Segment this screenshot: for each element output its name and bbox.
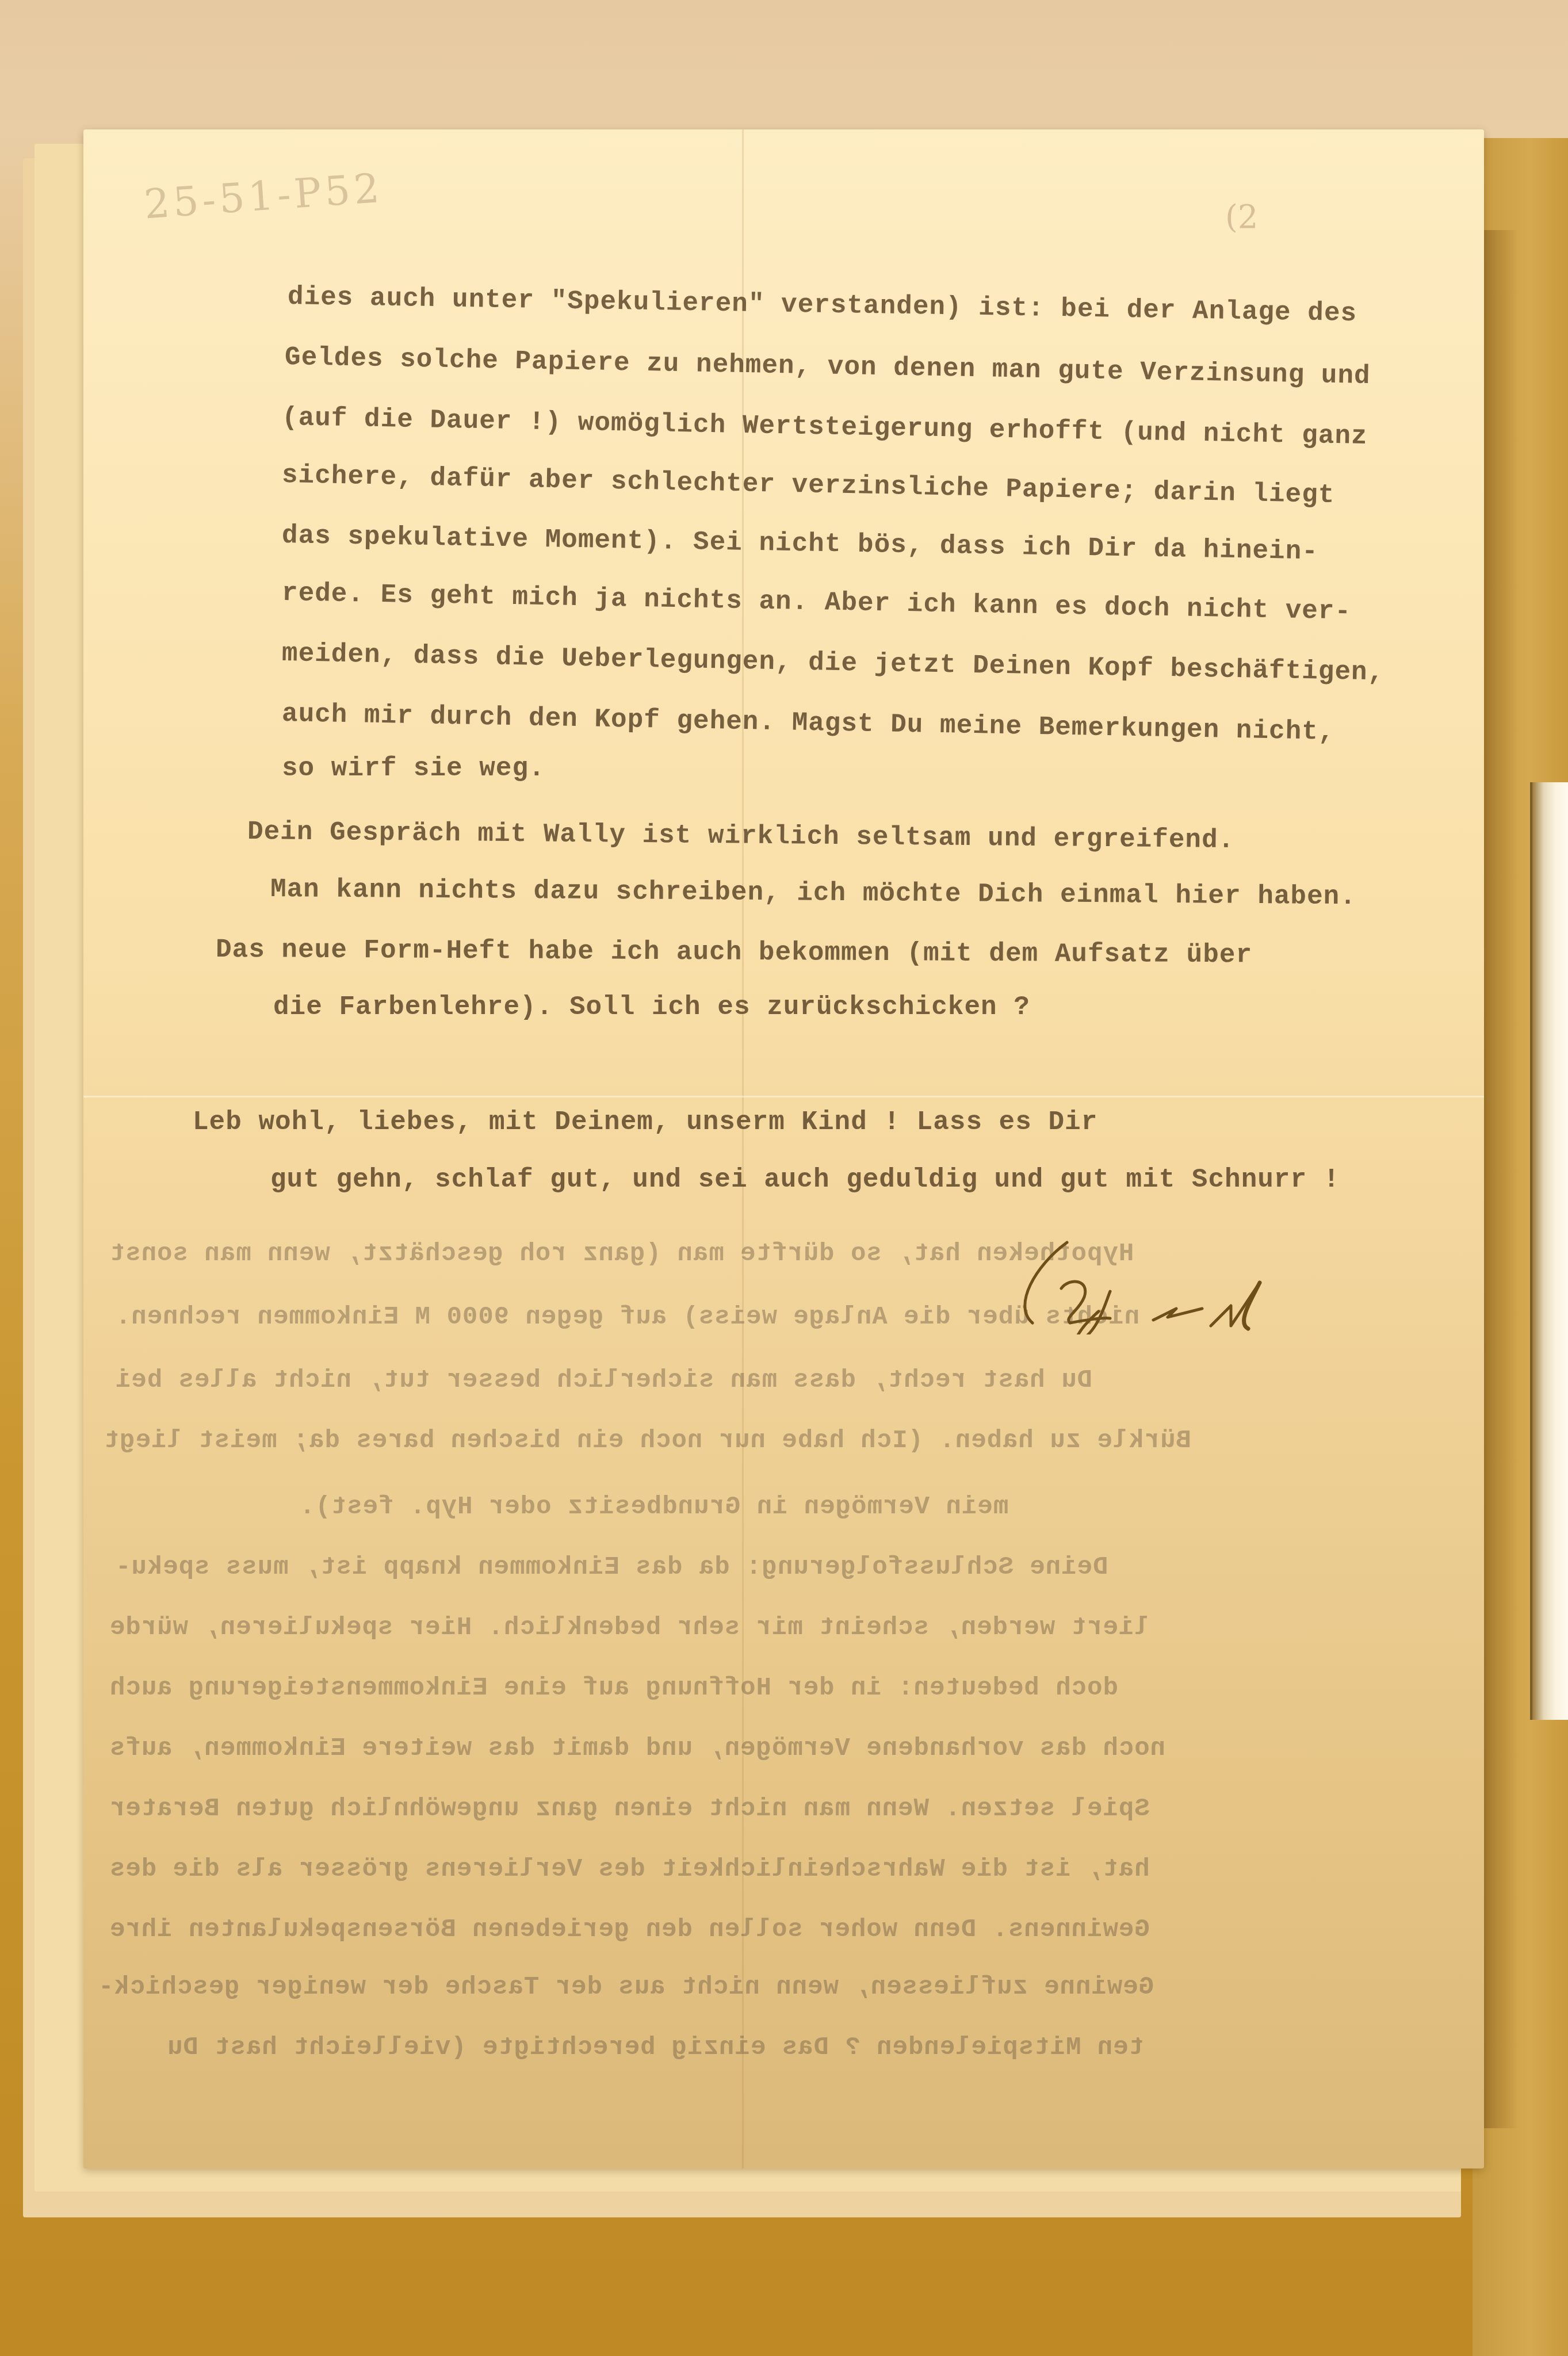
letter-page: [83, 129, 1484, 2168]
horizontal-fold-crease: [83, 1096, 1484, 1097]
page-shadow: [1484, 230, 1519, 2128]
handwritten-signature: [989, 1225, 1311, 1334]
vertical-fold-crease: [742, 129, 744, 2168]
page-number: (2: [1225, 198, 1258, 236]
adjacent-paper-stack: [1530, 782, 1568, 1720]
